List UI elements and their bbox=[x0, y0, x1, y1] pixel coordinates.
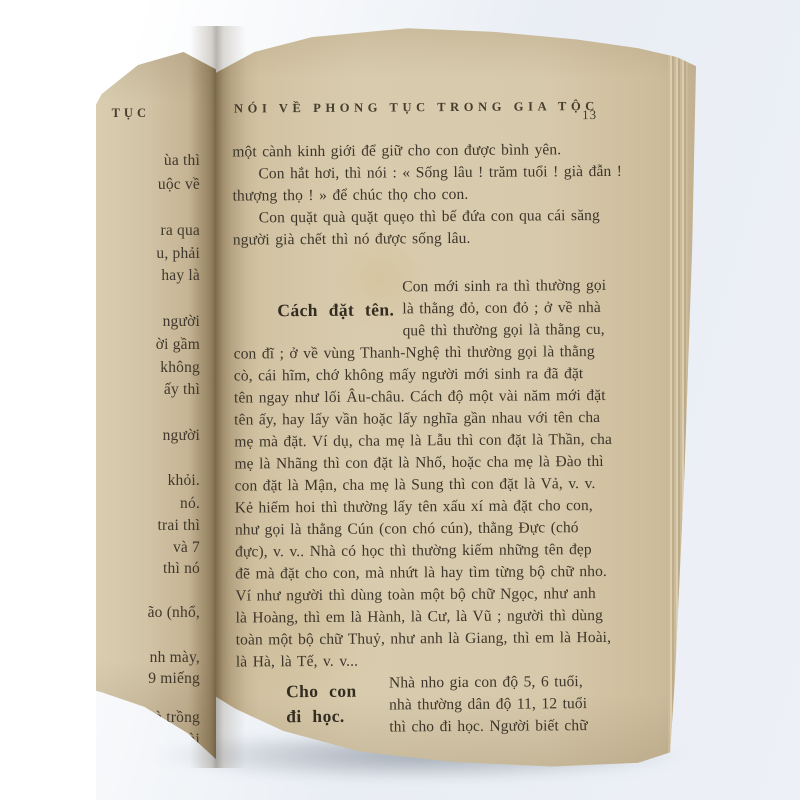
paragraph-line: như gọi là thằng Cún (con chó cún), thằn… bbox=[235, 517, 651, 542]
paragraph-line: con đặt là Mận, cha mẹ là Sung thì con đ… bbox=[235, 473, 651, 498]
right-page-content: NÓI VỀ PHONG TỤC TRONG GIA TỘC 13 một cà… bbox=[213, 24, 698, 769]
paragraph-line: Con mới sinh ra thì thường gọi bbox=[402, 275, 649, 299]
paragraph-line: là Hà, là Tế, v. v... bbox=[236, 649, 652, 674]
left-page-fragment: ời gầm bbox=[156, 336, 200, 354]
running-header: NÓI VỀ PHONG TỤC TRONG GIA TỘC bbox=[234, 98, 674, 116]
left-page-fragment: khỏi. bbox=[168, 472, 200, 490]
left-page-fragment: ùa thì bbox=[164, 152, 200, 170]
left-page-fragment: không bbox=[160, 359, 200, 377]
left-page-fragment: ra qua bbox=[161, 222, 201, 240]
paragraph-line: Con hắt hơi, thì nói : « Sống lâu ! trăm… bbox=[232, 161, 648, 186]
left-page: TỤC ùa thì uộc về ra qua u, phải hay là … bbox=[86, 36, 216, 762]
left-page-fragment: ão (nhổ, bbox=[148, 604, 200, 622]
paragraph-line: Ví như người thì dùng toàn một bộ chữ Ng… bbox=[235, 583, 651, 608]
margin-heading-naming: Cách đặt tên. bbox=[277, 298, 394, 321]
paragraph-line: Nhà nho gia con độ 5, 6 tuổi, bbox=[389, 671, 652, 695]
paragraph-line: quê thì thường gọi là thằng cu, bbox=[402, 319, 649, 343]
left-page-fragment: hay là bbox=[161, 267, 200, 285]
body-text: một cành kinh giới để giữ cho con được b… bbox=[232, 139, 652, 740]
photo-backdrop-left bbox=[0, 0, 96, 800]
paragraph-line: toàn một bộ chữ Thuỷ, như anh là Giang, … bbox=[236, 627, 652, 652]
left-page-fragment: uộc về bbox=[158, 176, 200, 194]
paragraph-line: Kẻ hiếm hoi thì thường lấy tên xấu xí mà… bbox=[235, 495, 651, 520]
paragraph-gap bbox=[233, 249, 649, 278]
paragraph-line: mẹ mà đặt. Ví dụ, cha mẹ là Lẫu thì con … bbox=[234, 429, 650, 454]
right-page: NÓI VỀ PHONG TỤC TRONG GIA TỘC 13 một cà… bbox=[216, 26, 696, 768]
section-schooling: Cho con đi học. Nhà nho gia con độ 5, 6 … bbox=[236, 671, 652, 740]
left-page-fragment: u, phải bbox=[156, 245, 200, 263]
left-page-fragment: trai thì bbox=[158, 517, 201, 535]
paragraph-line: thượng thọ ! » để chúc thọ cho con. bbox=[233, 183, 649, 208]
left-page-fragment: nó. bbox=[180, 495, 200, 513]
left-page-fragment: nh mày, bbox=[150, 649, 200, 667]
left-page-fragment: người bbox=[163, 313, 200, 331]
paragraph-line: con đĩ ; ở về vùng Thanh-Nghệ thì thường… bbox=[234, 341, 650, 366]
margin-heading-schooling-line1: Cho con bbox=[286, 679, 357, 704]
margin-heading-schooling-line2: đi học. bbox=[286, 704, 357, 729]
paragraph-line: là Hoàng, thì em là Hành, là Cư, là Vũ ;… bbox=[235, 605, 651, 630]
left-page-fragment: và trồng bbox=[147, 709, 200, 727]
left-page-fragment: ấy thì bbox=[164, 381, 200, 399]
paragraph-line: Con quặt quà quặt quẹo thì bế đứa con qu… bbox=[233, 205, 649, 230]
left-page-running-header-fragment: TỤC bbox=[112, 106, 150, 121]
left-page-fragment: 9 miếng bbox=[148, 670, 200, 688]
paragraph-line: một cành kinh giới để giữ cho con được b… bbox=[232, 139, 648, 164]
left-page-fragment: thì nó bbox=[163, 560, 200, 578]
page-number: 13 bbox=[582, 107, 597, 123]
margin-heading-schooling: Cho con đi học. bbox=[286, 679, 357, 729]
paragraph-line: nhà thường dân độ 11, 12 tuổi bbox=[389, 693, 652, 717]
section-naming: Cách đặt tên. Con mới sinh ra thì thường… bbox=[233, 275, 652, 674]
left-page-fragment: và 7 bbox=[173, 539, 200, 557]
paragraph-line: đẽ mà đặt cho con, mà nhứt là hay tìm từ… bbox=[235, 561, 651, 586]
paragraph-line: cò, cái hĩm, chớ không mấy người mới sin… bbox=[234, 363, 650, 388]
paragraph-line: tên ngay như lối Âu-châu. Cách độ một và… bbox=[234, 385, 650, 410]
paragraph-line: đực), v. v.. Nhà có học thì thường kiếm … bbox=[235, 539, 651, 564]
paragraph-line: mẹ là Nhãng thì con đặt là Nhố, hoặc cha… bbox=[234, 451, 650, 476]
paragraph-line: tên ấy, hay lấy vần hoặc lấy nghĩa gần n… bbox=[234, 407, 650, 432]
paragraph-line: là thằng đỏ, con đỏ ; ở về nhà bbox=[402, 297, 649, 321]
left-page-fragment: người bbox=[163, 427, 200, 445]
paragraph-line: thì cho đi học. Người biết chữ bbox=[389, 715, 652, 739]
paragraph-line: người già chết thì nó được sống lâu. bbox=[233, 227, 649, 252]
